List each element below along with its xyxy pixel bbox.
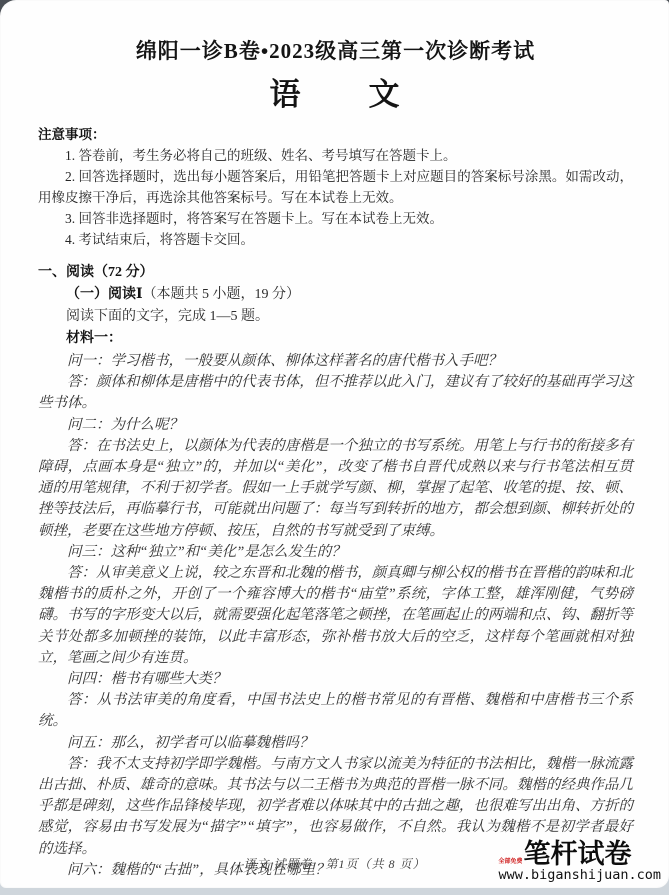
material-one-body: 问一：学习楷书，一般要从颜体、柳体这样著名的唐代楷书入手吧？答：颜体和柳体是唐楷… — [38, 351, 633, 881]
reading-section: 一、阅读（72 分） （一）阅读Ⅰ（本题共 5 小题，19 分） 阅读下面的文字… — [38, 262, 633, 350]
watermark-brand: 笔杆试卷 — [523, 841, 631, 868]
paper-sheet: 绵阳一诊B卷•2023级高三第一次诊断考试 语 文 注意事项： 1. 答卷前，考… — [0, 0, 669, 888]
part-one-heading: 一、阅读（72 分） — [38, 262, 633, 284]
material-paragraph: 问五：那么，初学者可以临摹魏楷吗？ — [38, 733, 633, 754]
publisher-watermark: 全部免费 笔杆试卷 www.biganshijuan.com — [498, 841, 661, 883]
watermark-row: 全部免费 笔杆试卷 — [498, 841, 661, 868]
reading-one-label: （一）阅读Ⅰ — [66, 287, 143, 302]
notice-item: 2. 回答选择题时，选出每小题答案后，用铅笔把答题卡上对应题目的答案标号涂黑。如… — [38, 166, 633, 208]
material-paragraph: 答：从书法审美的角度看，中国书法史上的楷书常见的有晋楷、魏楷和中唐楷书三个系统。 — [38, 690, 633, 732]
notice-item: 3. 回答非选择题时，将答案写在答题卡上。写在本试卷上无效。 — [38, 208, 633, 229]
notice-item: 4. 考试结束后，将答题卡交回。 — [38, 229, 633, 250]
notice-list: 1. 答卷前，考生务必将自己的班级、姓名、考号填写在答题卡上。2. 回答选择题时… — [38, 145, 633, 250]
reading-instruction: 阅读下面的文字，完成 1—5 题。 — [38, 306, 633, 328]
scanned-exam-page: 绵阳一诊B卷•2023级高三第一次诊断考试 语 文 注意事项： 1. 答卷前，考… — [0, 0, 669, 895]
material-one-label: 材料一： — [38, 328, 633, 350]
notice-item: 1. 答卷前，考生务必将自己的班级、姓名、考号填写在答题卡上。 — [38, 145, 633, 166]
reading-one-subheading: （一）阅读Ⅰ（本题共 5 小题，19 分） — [38, 284, 633, 306]
notice-section: 注意事项： 1. 答卷前，考生务必将自己的班级、姓名、考号填写在答题卡上。2. … — [38, 124, 633, 250]
material-paragraph: 答：在书法史上，以颜体为代表的唐楷是一个独立的书写系统。用笔上与行书的衔接多有障… — [38, 436, 633, 542]
exam-subject: 语 文 — [38, 76, 633, 114]
watermark-free-tag: 全部免费 — [498, 859, 522, 865]
watermark-url: www.biganshijuan.com — [498, 869, 661, 883]
material-paragraph: 答：颜体和柳体是唐楷中的代表书体，但不推荐以此入门，建议有了较好的基础再学习这些… — [38, 372, 633, 414]
material-paragraph: 问四：楷书有哪些大类？ — [38, 669, 633, 690]
material-paragraph: 问三：这种“独立”和“美化”是怎么发生的？ — [38, 542, 633, 563]
material-paragraph: 问二：为什么呢？ — [38, 415, 633, 436]
material-paragraph: 问一：学习楷书，一般要从颜体、柳体这样著名的唐代楷书入手吧？ — [38, 351, 633, 372]
notice-heading: 注意事项： — [38, 124, 633, 145]
page-content: 绵阳一诊B卷•2023级高三第一次诊断考试 语 文 注意事项： 1. 答卷前，考… — [0, 0, 669, 881]
exam-title: 绵阳一诊B卷•2023级高三第一次诊断考试 — [38, 36, 633, 66]
reading-one-points: （本题共 5 小题，19 分） — [143, 287, 301, 302]
material-paragraph: 答：从审美意义上说，较之东晋和北魏的楷书，颜真卿与柳公权的楷书在晋楷的韵味和北魏… — [38, 563, 633, 669]
